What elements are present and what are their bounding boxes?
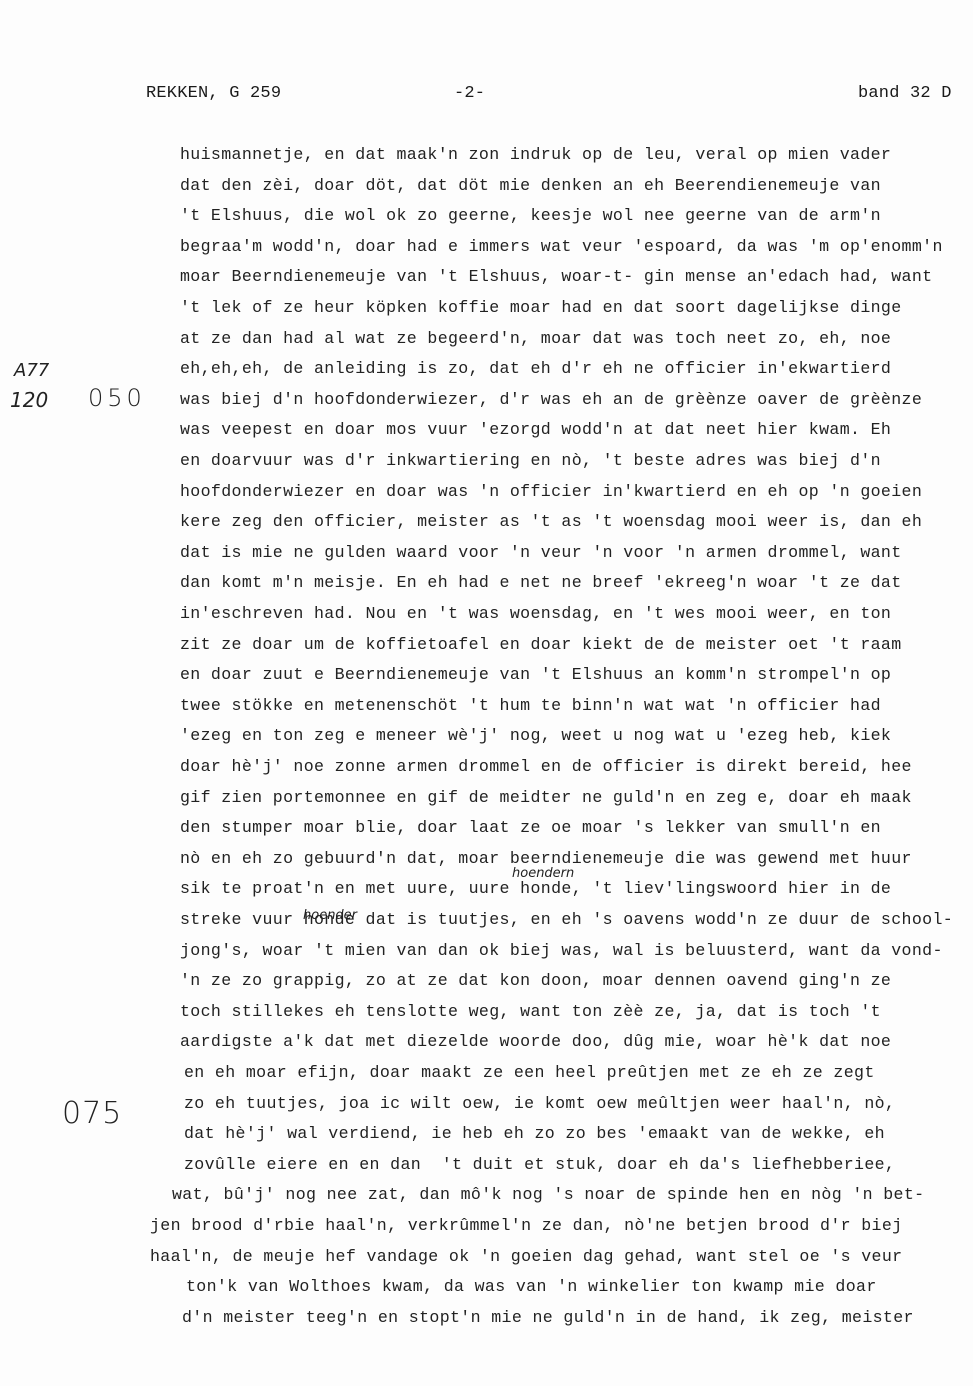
document-page: REKKEN, G 259 -2- band 32 D A77 120 050 … [0,0,973,1386]
transcript-line: streke vuur honde dat is tuutjes, en eh … [180,910,953,930]
transcript-line: zit ze doar um de koffietoafel en doar k… [180,635,902,655]
transcript-line: zo eh tuutjes, joa ic wilt oew, ie komt … [184,1094,895,1114]
transcript-line: d'n meister teeg'n en stopt'n mie ne gul… [182,1308,914,1328]
transcript-line: jong's, woar 't mien van dan ok biej was… [180,941,943,961]
page-header: REKKEN, G 259 -2- band 32 D [0,84,973,108]
transcript-line: 't lek of ze heur köpken koffie moar had… [180,298,902,318]
transcript-line: at ze dan had al wat ze begeerd'n, moar … [180,329,891,349]
transcript-line: was biej d'n hoofdonderwiezer, d'r was e… [180,390,922,410]
transcript-line: wat, bû'j' nog nee zat, dan mô'k nog 's … [172,1185,924,1205]
transcript-line: 'ezeg en ton zeg e meneer wè'j' nog, wee… [180,726,891,746]
transcript-line: dan komt m'n meisje. En eh had e net ne … [180,573,902,593]
transcript-line: en doar zuut e Beerndienemeuje van 't El… [180,665,891,685]
transcript-line: zovûlle eiere en en dan 't duit et stuk,… [184,1155,895,1175]
transcript-line: ton'k van Wolthoes kwam, da was van 'n w… [186,1277,877,1297]
transcript-line: dat is mie ne gulden waard voor 'n veur … [180,543,902,563]
transcript-line: nò en eh zo gebuurd'n dat, moar beerndie… [180,849,912,869]
transcript-line: in'eschreven had. Nou en 't was woensdag… [180,604,891,624]
transcript-line: 't Elshuus, die wol ok zo geerne, keesje… [180,206,881,226]
transcript-line: twee stökke en metenenschöt 't hum te bi… [180,696,881,716]
margin-tape-code: A77 [14,360,49,381]
transcript-line: den stumper moar blie, doar laat ze oe m… [180,818,881,838]
transcript-line: hoofdonderwiezer en doar was 'n officier… [180,482,922,502]
transcript-line: en doarvuur was d'r inkwartiering en nò,… [180,451,881,471]
transcript-line: eh,eh,eh, de anleiding is zo, dat eh d'r… [180,359,891,379]
transcript-line: haal'n, de meuje hef vandage ok 'n goeie… [150,1247,902,1267]
transcript-line: 'n ze zo grappig, zo at ze dat kon doon,… [180,971,891,991]
transcript-line: toch stillekes eh tenslotte weg, want to… [180,1002,881,1022]
header-band: band 32 D [858,84,952,103]
transcript-line: gif zien portemonnee en gif de meidter n… [180,788,912,808]
margin-counter-050: 050 [88,384,146,412]
transcript-line: sik te proat'n en met uure, uure honde, … [180,879,891,899]
transcript-line: dat den zèi, doar döt, dat döt mie denke… [180,176,881,196]
transcript-line: kere zeg den officier, meister as 't as … [180,512,922,532]
transcript-line: was veepest en doar mos vuur 'ezorgd wod… [180,420,891,440]
margin-counter-120: 120 [10,388,48,412]
transcript-line: doar hè'j' noe zonne armen drommel en de… [180,757,912,777]
transcript-line: moar Beerndienemeuje van 't Elshuus, woa… [180,267,932,287]
transcript-line: dat hè'j' wal verdiend, ie heb eh zo zo … [184,1124,885,1144]
transcript-line: en eh moar efijn, doar maakt ze een heel… [184,1063,875,1083]
transcript-line: huismannetje, en dat maak'n zon indruk o… [180,145,891,165]
header-reference: REKKEN, G 259 [146,84,281,103]
transcript-line: begraa'm wodd'n, doar had e immers wat v… [180,237,943,257]
transcript-line: aardigste a'k dat met diezelde woorde do… [180,1032,891,1052]
page-number: -2- [454,84,485,103]
transcript-line: jen brood d'rbie haal'n, verkrûmmel'n ze… [150,1216,902,1236]
margin-counter-075: 075 [62,1096,122,1131]
